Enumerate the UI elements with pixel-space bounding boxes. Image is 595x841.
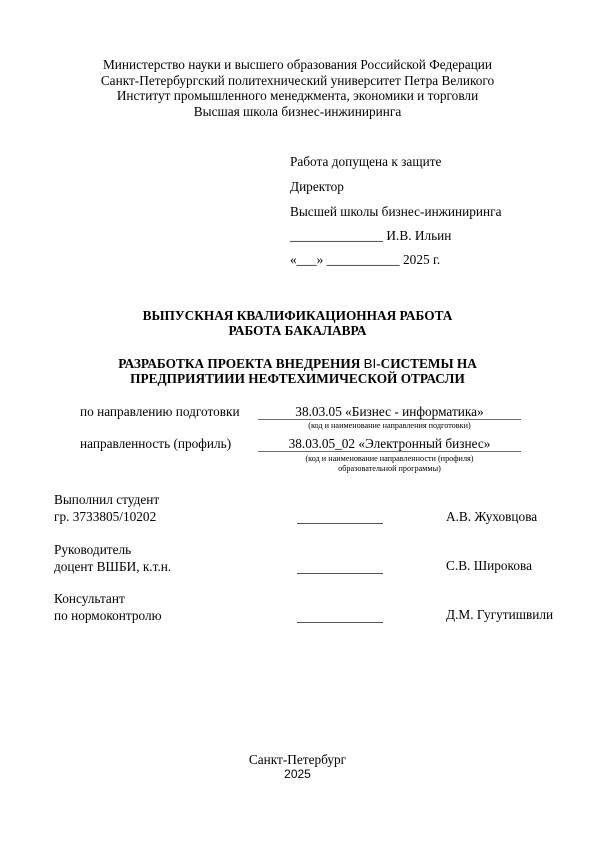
approval-admitted: Работа допущена к защите — [290, 154, 441, 170]
profile-caption-line2: образовательной программы) — [258, 464, 521, 474]
footer-year: 2025 — [0, 767, 595, 782]
approval-position: Директор — [290, 179, 344, 195]
consultant-name: Д.М. Гугутишвили — [446, 607, 553, 623]
thesis-title-part1: РАЗРАБОТКА ПРОЕКТА ВНЕДРЕНИЯ — [118, 356, 363, 371]
signatory-student: Выполнил студент гр. 3733805/10202 — [54, 491, 159, 525]
profile-label: направленность (профиль) — [80, 436, 231, 452]
direction-label: по направлению подготовки — [80, 404, 240, 420]
supervisor-role: Руководитель — [54, 541, 171, 558]
thesis-title: РАЗРАБОТКА ПРОЕКТА ВНЕДРЕНИЯ BI-СИСТЕМЫ … — [0, 356, 595, 386]
thesis-title-line1: РАЗРАБОТКА ПРОЕКТА ВНЕДРЕНИЯ BI-СИСТЕМЫ … — [0, 356, 595, 371]
supervisor-title: доцент ВШБИ, к.т.н. — [54, 558, 171, 575]
work-type-line2: РАБОТА БАКАЛАВРА — [0, 323, 595, 338]
student-name: А.В. Жуховцова — [446, 509, 537, 525]
footer-city: Санкт-Петербург — [0, 752, 595, 767]
approval-signature: ______________ И.В. Ильин — [290, 228, 451, 244]
institute-line: Институт промышленного менеджмента, экон… — [0, 88, 595, 104]
work-type-line1: ВЫПУСКНАЯ КВАЛИФИКАЦИОННАЯ РАБОТА — [0, 308, 595, 323]
profile-caption: (код и наименование направленности (проф… — [258, 454, 521, 474]
profile-caption-line1: (код и наименование направленности (проф… — [258, 454, 521, 464]
consultant-role: Консультант — [54, 590, 162, 607]
signatory-consultant: Консультант по нормоконтролю — [54, 590, 162, 624]
thesis-title-part2: -СИСТЕМЫ НА — [376, 356, 477, 371]
school-line: Высшая школа бизнес-инжиниринга — [0, 104, 595, 120]
approval-unit: Высшей школы бизнес-инжиниринга — [290, 204, 502, 220]
student-group: гр. 3733805/10202 — [54, 508, 159, 525]
student-role: Выполнил студент — [54, 491, 159, 508]
consultant-area: по нормоконтролю — [54, 607, 162, 624]
footer: Санкт-Петербург 2025 — [0, 752, 595, 782]
profile-value: 38.03.05_02 «Электронный бизнес» — [258, 436, 521, 452]
approval-date: «___» ___________ 2025 г. — [290, 252, 440, 268]
thesis-title-bi: BI — [364, 356, 377, 371]
student-signature-line — [297, 522, 383, 524]
ministry-line: Министерство науки и высшего образования… — [0, 57, 595, 73]
signatory-supervisor: Руководитель доцент ВШБИ, к.т.н. — [54, 541, 171, 575]
organization-header: Министерство науки и высшего образования… — [0, 57, 595, 119]
direction-value: 38.03.05 «Бизнес - информатика» — [258, 404, 521, 420]
supervisor-signature-line — [297, 572, 383, 574]
thesis-title-line2: ПРЕДПРИЯТИИИ НЕФТЕХИМИЧЕСКОЙ ОТРАСЛИ — [0, 371, 595, 386]
work-type: ВЫПУСКНАЯ КВАЛИФИКАЦИОННАЯ РАБОТА РАБОТА… — [0, 308, 595, 338]
consultant-signature-line — [297, 621, 383, 623]
university-line: Санкт-Петербургский политехнический унив… — [0, 73, 595, 89]
direction-caption: (код и наименование направления подготов… — [258, 421, 521, 431]
supervisor-name: С.В. Широкова — [446, 558, 532, 574]
